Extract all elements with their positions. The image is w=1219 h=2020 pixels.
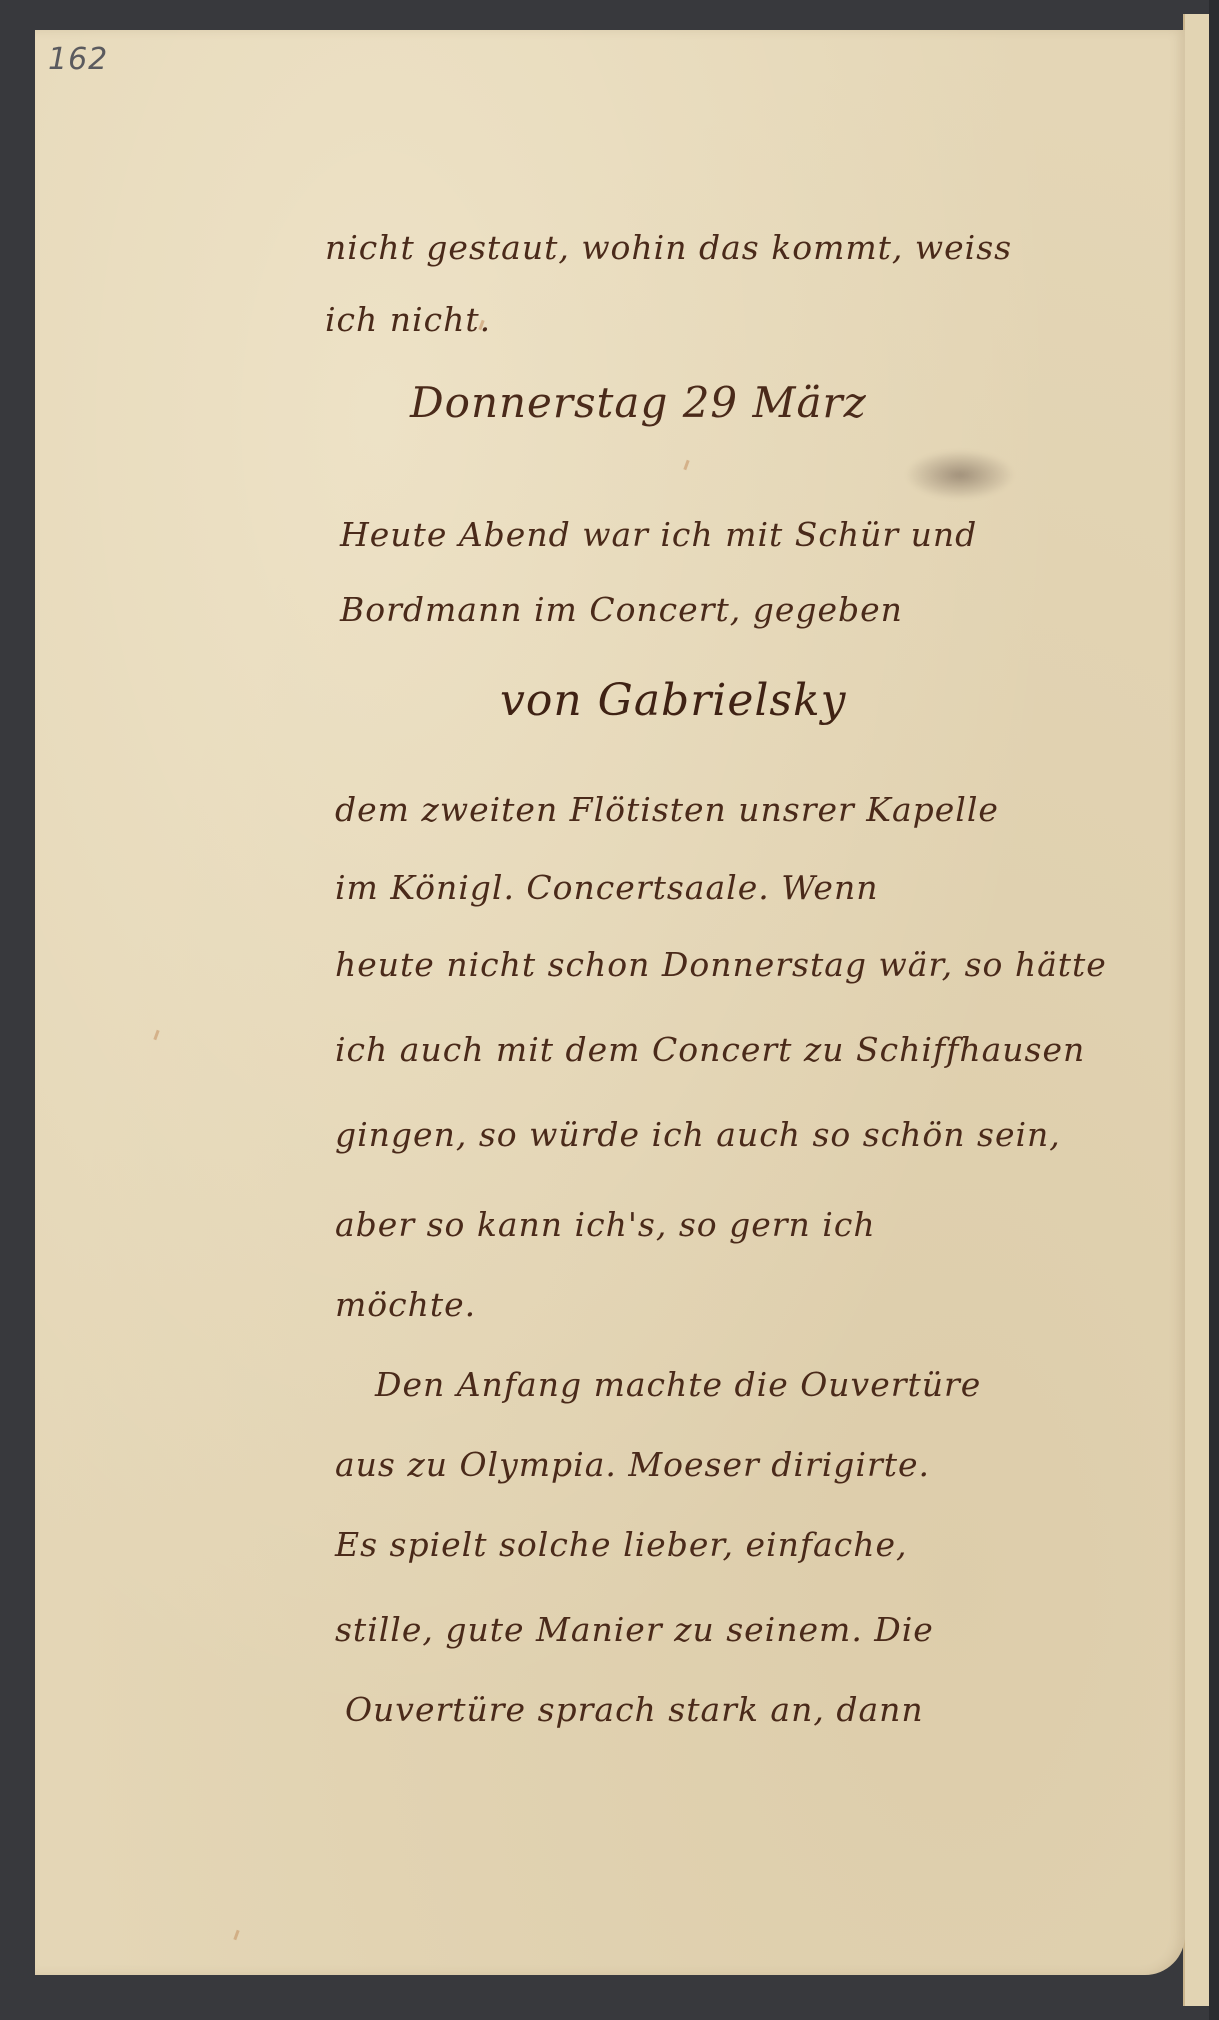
text-line-7: dem zweiten Flötisten unsrer Kapelle — [335, 790, 999, 829]
text-line-14: Den Anfang machte die Ouvertüre — [375, 1365, 981, 1404]
performer-name-heading: von Gabrielsky — [500, 675, 847, 726]
paper-fleck — [153, 1030, 159, 1040]
text-line-15: aus zu Olympia. Moeser dirigirte. — [335, 1445, 930, 1484]
paper-fleck — [683, 460, 689, 470]
text-line-18: Ouvertüre sprach stark an, dann — [345, 1690, 924, 1729]
ink-smudge — [905, 450, 1015, 500]
text-line-10: ich auch mit dem Concert zu Schiffhausen — [335, 1030, 1085, 1069]
text-line-11: gingen, so würde ich auch so schön sein, — [335, 1115, 1061, 1154]
adjacent-page-edge — [1183, 14, 1211, 2006]
folio-number: 162 — [48, 42, 108, 77]
text-line-16: Es spielt solche lieber, einfache, — [335, 1525, 907, 1564]
text-line-13: möchte. — [335, 1285, 476, 1324]
entry-date-heading: Donnerstag 29 März — [410, 378, 867, 427]
text-line-8: im Königl. Concertsaale. Wenn — [335, 868, 878, 907]
text-line-12: aber so kann ich's, so gern ich — [335, 1205, 876, 1244]
text-line-4: Heute Abend war ich mit Schür und — [340, 515, 977, 554]
text-line-1: nicht gestaut, wohin das kommt, weiss — [325, 228, 1012, 267]
text-line-2: ich nicht. — [325, 300, 491, 339]
text-line-17: stille, gute Manier zu seinem. Die — [335, 1610, 934, 1649]
paper-fleck — [233, 1930, 239, 1940]
text-line-5: Bordmann im Concert, gegeben — [340, 590, 903, 629]
text-line-9: heute nicht schon Donnerstag wär, so hät… — [335, 945, 1107, 984]
manuscript-page — [35, 30, 1185, 1975]
binding-edge — [1209, 0, 1219, 2020]
